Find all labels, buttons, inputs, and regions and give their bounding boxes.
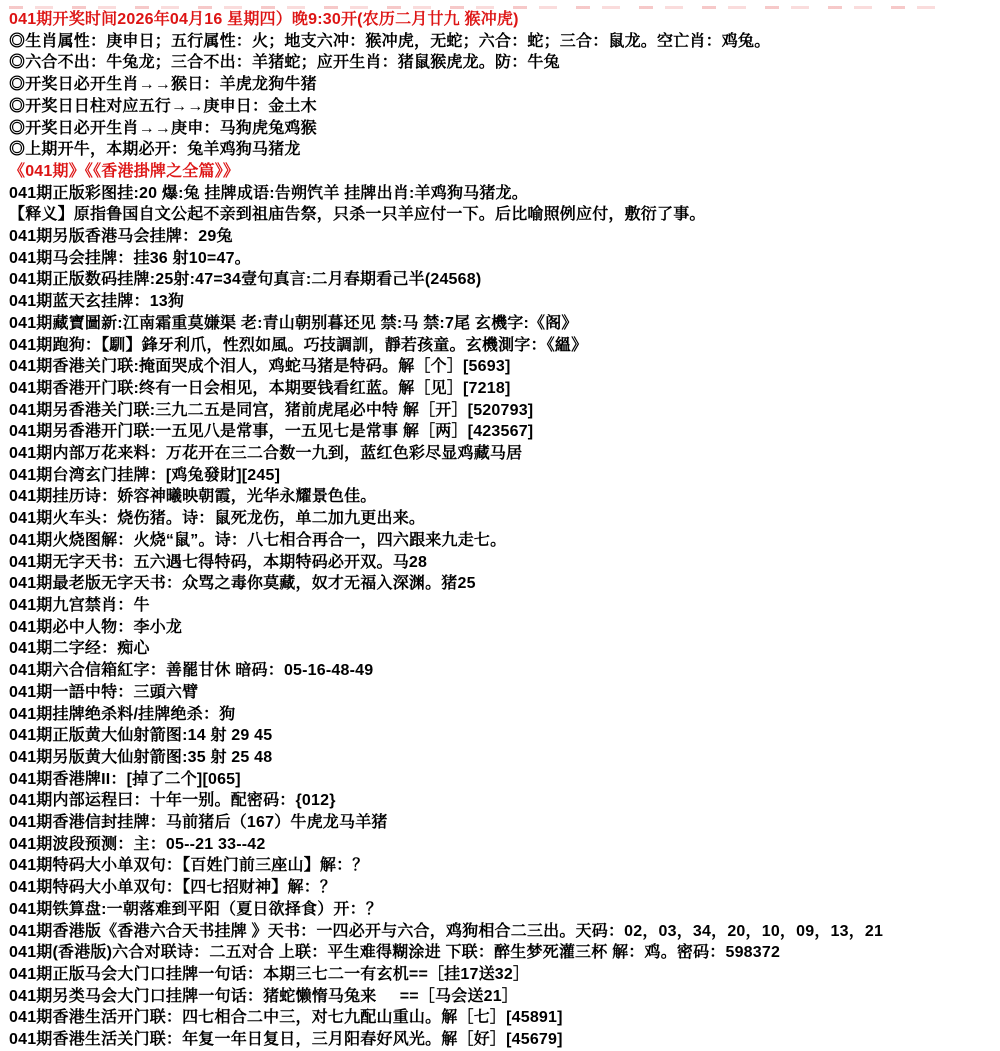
text-line: 041期九宫禁肖：牛 bbox=[9, 595, 1000, 617]
text-line: 041期香港版《香港六合天书挂牌 》天书：一四必开与六合，鸡狗相合二三出。天码：… bbox=[9, 921, 1000, 943]
text-line: 041期香港开门联:终有一日会相见，本期要钱看红蓝。解［见］[7218] bbox=[9, 378, 1000, 400]
text-line: 041期火烧图解：火烧“鼠”。诗：八七相合再合一，四六跟来九走七。 bbox=[9, 530, 1000, 552]
text-line: 041期六合信箱紅字：善罷甘休 暗码：05-16-48-49 bbox=[9, 660, 1000, 682]
text-line: ◎开奖日必开生肖→→猴日：羊虎龙狗牛猪 bbox=[9, 74, 1000, 96]
text-line: 041期一語中特：三頭六臂 bbox=[9, 682, 1000, 704]
text-line: 041期正版彩图挂:20 爆:兔 挂牌成语:告朔饩羊 挂牌出肖:羊鸡狗马猪龙。 bbox=[9, 183, 1000, 205]
header-line-red: 041期开奖时间2026年04月16 星期四）晚9:30开(农历二月廿九 猴冲虎… bbox=[9, 9, 1000, 31]
text-line: 041期火车头：烧伤猪。诗：鼠死龙伤，单二加九更出来。 bbox=[9, 508, 1000, 530]
text-line: 041期内部万花来料：万花开在三二合数一九到，蓝红色彩尽显鸡藏马居 bbox=[9, 443, 1000, 465]
text-line: 041期另版香港马会挂牌：29兔 bbox=[9, 226, 1000, 248]
header-line-red: 《041期》《《香港掛牌之全篇》》 bbox=[9, 161, 1000, 183]
text-line: ◎六合不出：牛兔龙；三合不出：羊猪蛇；应开生肖：猪鼠猴虎龙。防：牛兔 bbox=[9, 52, 1000, 74]
text-line: 041期特码大小单双句：【四七招财神】解：？ bbox=[9, 877, 1000, 899]
lottery-tips-page: 041期开奖时间2026年04月16 星期四）晚9:30开(农历二月廿九 猴冲虎… bbox=[0, 0, 1000, 1051]
text-line: 041期特码大小单双句：【百姓门前三座山】解：？ bbox=[9, 855, 1000, 877]
text-line: 041期另香港关门联:三九二五是同宫，猪前虎尾必中特 解［开］[520793] bbox=[9, 400, 1000, 422]
clipped-text-remnant bbox=[9, 0, 949, 9]
text-line: ◎开奖日必开生肖→→庚申：马狗虎兔鸡猴 bbox=[9, 118, 1000, 140]
text-line: 041期铁算盘:一朝落难到平阳（夏日欲择食）开：？ bbox=[9, 899, 1000, 921]
text-line: 041期蓝天玄挂牌：13狗 bbox=[9, 291, 1000, 313]
text-line: 041期香港生活关门联：年复一年日复日，三月阳春好风光。解［好］[45679] bbox=[9, 1029, 1000, 1051]
text-line: 041期波段预测：主：05--21 33--42 bbox=[9, 834, 1000, 856]
text-line: 【释义】原指鲁国自文公起不亲到祖庙告祭，只杀一只羊应付一下。后比喻照例应付，敷衍… bbox=[9, 204, 1000, 226]
text-line: 041期跑狗：【馴】鋒牙利爪，性烈如風。巧技調訓，靜若孩童。玄機測字：《縕》 bbox=[9, 335, 1000, 357]
text-line: 041期正版马会大门口挂牌一句话：本期三七二一有玄机==［挂17送32］ bbox=[9, 964, 1000, 986]
text-line: 041期最老版无字天书：众骂之毒你莫藏，奴才无福入深渊。猪25 bbox=[9, 573, 1000, 595]
text-line: ◎生肖属性：庚申日；五行属性：火；地支六冲：猴冲虎，无蛇；六合：蛇；三合：鼠龙。… bbox=[9, 31, 1000, 53]
text-line: 041期挂牌绝杀料/挂牌绝杀：狗 bbox=[9, 704, 1000, 726]
text-line: 041期另类马会大门口挂牌一句话：猪蛇懒惰马兔来 ==［马会送21］ bbox=[9, 986, 1000, 1008]
text-line: 041期马会挂牌：挂36 射10=47。 bbox=[9, 248, 1000, 270]
text-line: 041期正版数码挂牌:25射:47=34壹句真言:二月春期看己半(24568) bbox=[9, 269, 1000, 291]
text-line: 041期另版黄大仙射箭图:35 射 25 48 bbox=[9, 747, 1000, 769]
text-line: 041期另香港开门联:一五见八是常事，一五见七是常事 解［两］[423567] bbox=[9, 421, 1000, 443]
text-line: 041期香港牌II：[掉了二个][065] bbox=[9, 769, 1000, 791]
text-line: 041期(香港版)六合对联诗：二五对合 上联：平生难得糊涂进 下联：醉生梦死灌三… bbox=[9, 942, 1000, 964]
text-line: 041期香港关门联:掩面哭成个泪人，鸡蛇马猪是特码。解［个］[5693] bbox=[9, 356, 1000, 378]
text-line: 041期香港信封挂牌：马前猪后（167）牛虎龙马羊猪 bbox=[9, 812, 1000, 834]
text-line: 041期二字经：痴心 bbox=[9, 638, 1000, 660]
text-line: 041期内部运程曰：十年一别。配密码：{012} bbox=[9, 790, 1000, 812]
text-line: 041期藏寶圖新:江南霜重莫嫌渠 老:青山朝别暮还见 禁:马 禁:7尾 玄機字:… bbox=[9, 313, 1000, 335]
text-line: 041期必中人物：李小龙 bbox=[9, 617, 1000, 639]
text-line: 041期香港生活开门联：四七相合二中三，对七九配山重山。解［七］[45891] bbox=[9, 1007, 1000, 1029]
text-line: ◎开奖日日柱对应五行→→庚申日：金土木 bbox=[9, 96, 1000, 118]
text-line: 041期挂历诗：娇容神曦映朝霞，光华永耀景色佳。 bbox=[9, 486, 1000, 508]
text-line: 041期台湾玄门挂牌：[鸡兔發財][245] bbox=[9, 465, 1000, 487]
text-line: ◎上期开牛，本期必开：兔羊鸡狗马猪龙 bbox=[9, 139, 1000, 161]
text-line: 041期正版黄大仙射箭图:14 射 29 45 bbox=[9, 725, 1000, 747]
text-line: 041期无字天书：五六遇七得特码，本期特码必开双。马28 bbox=[9, 552, 1000, 574]
